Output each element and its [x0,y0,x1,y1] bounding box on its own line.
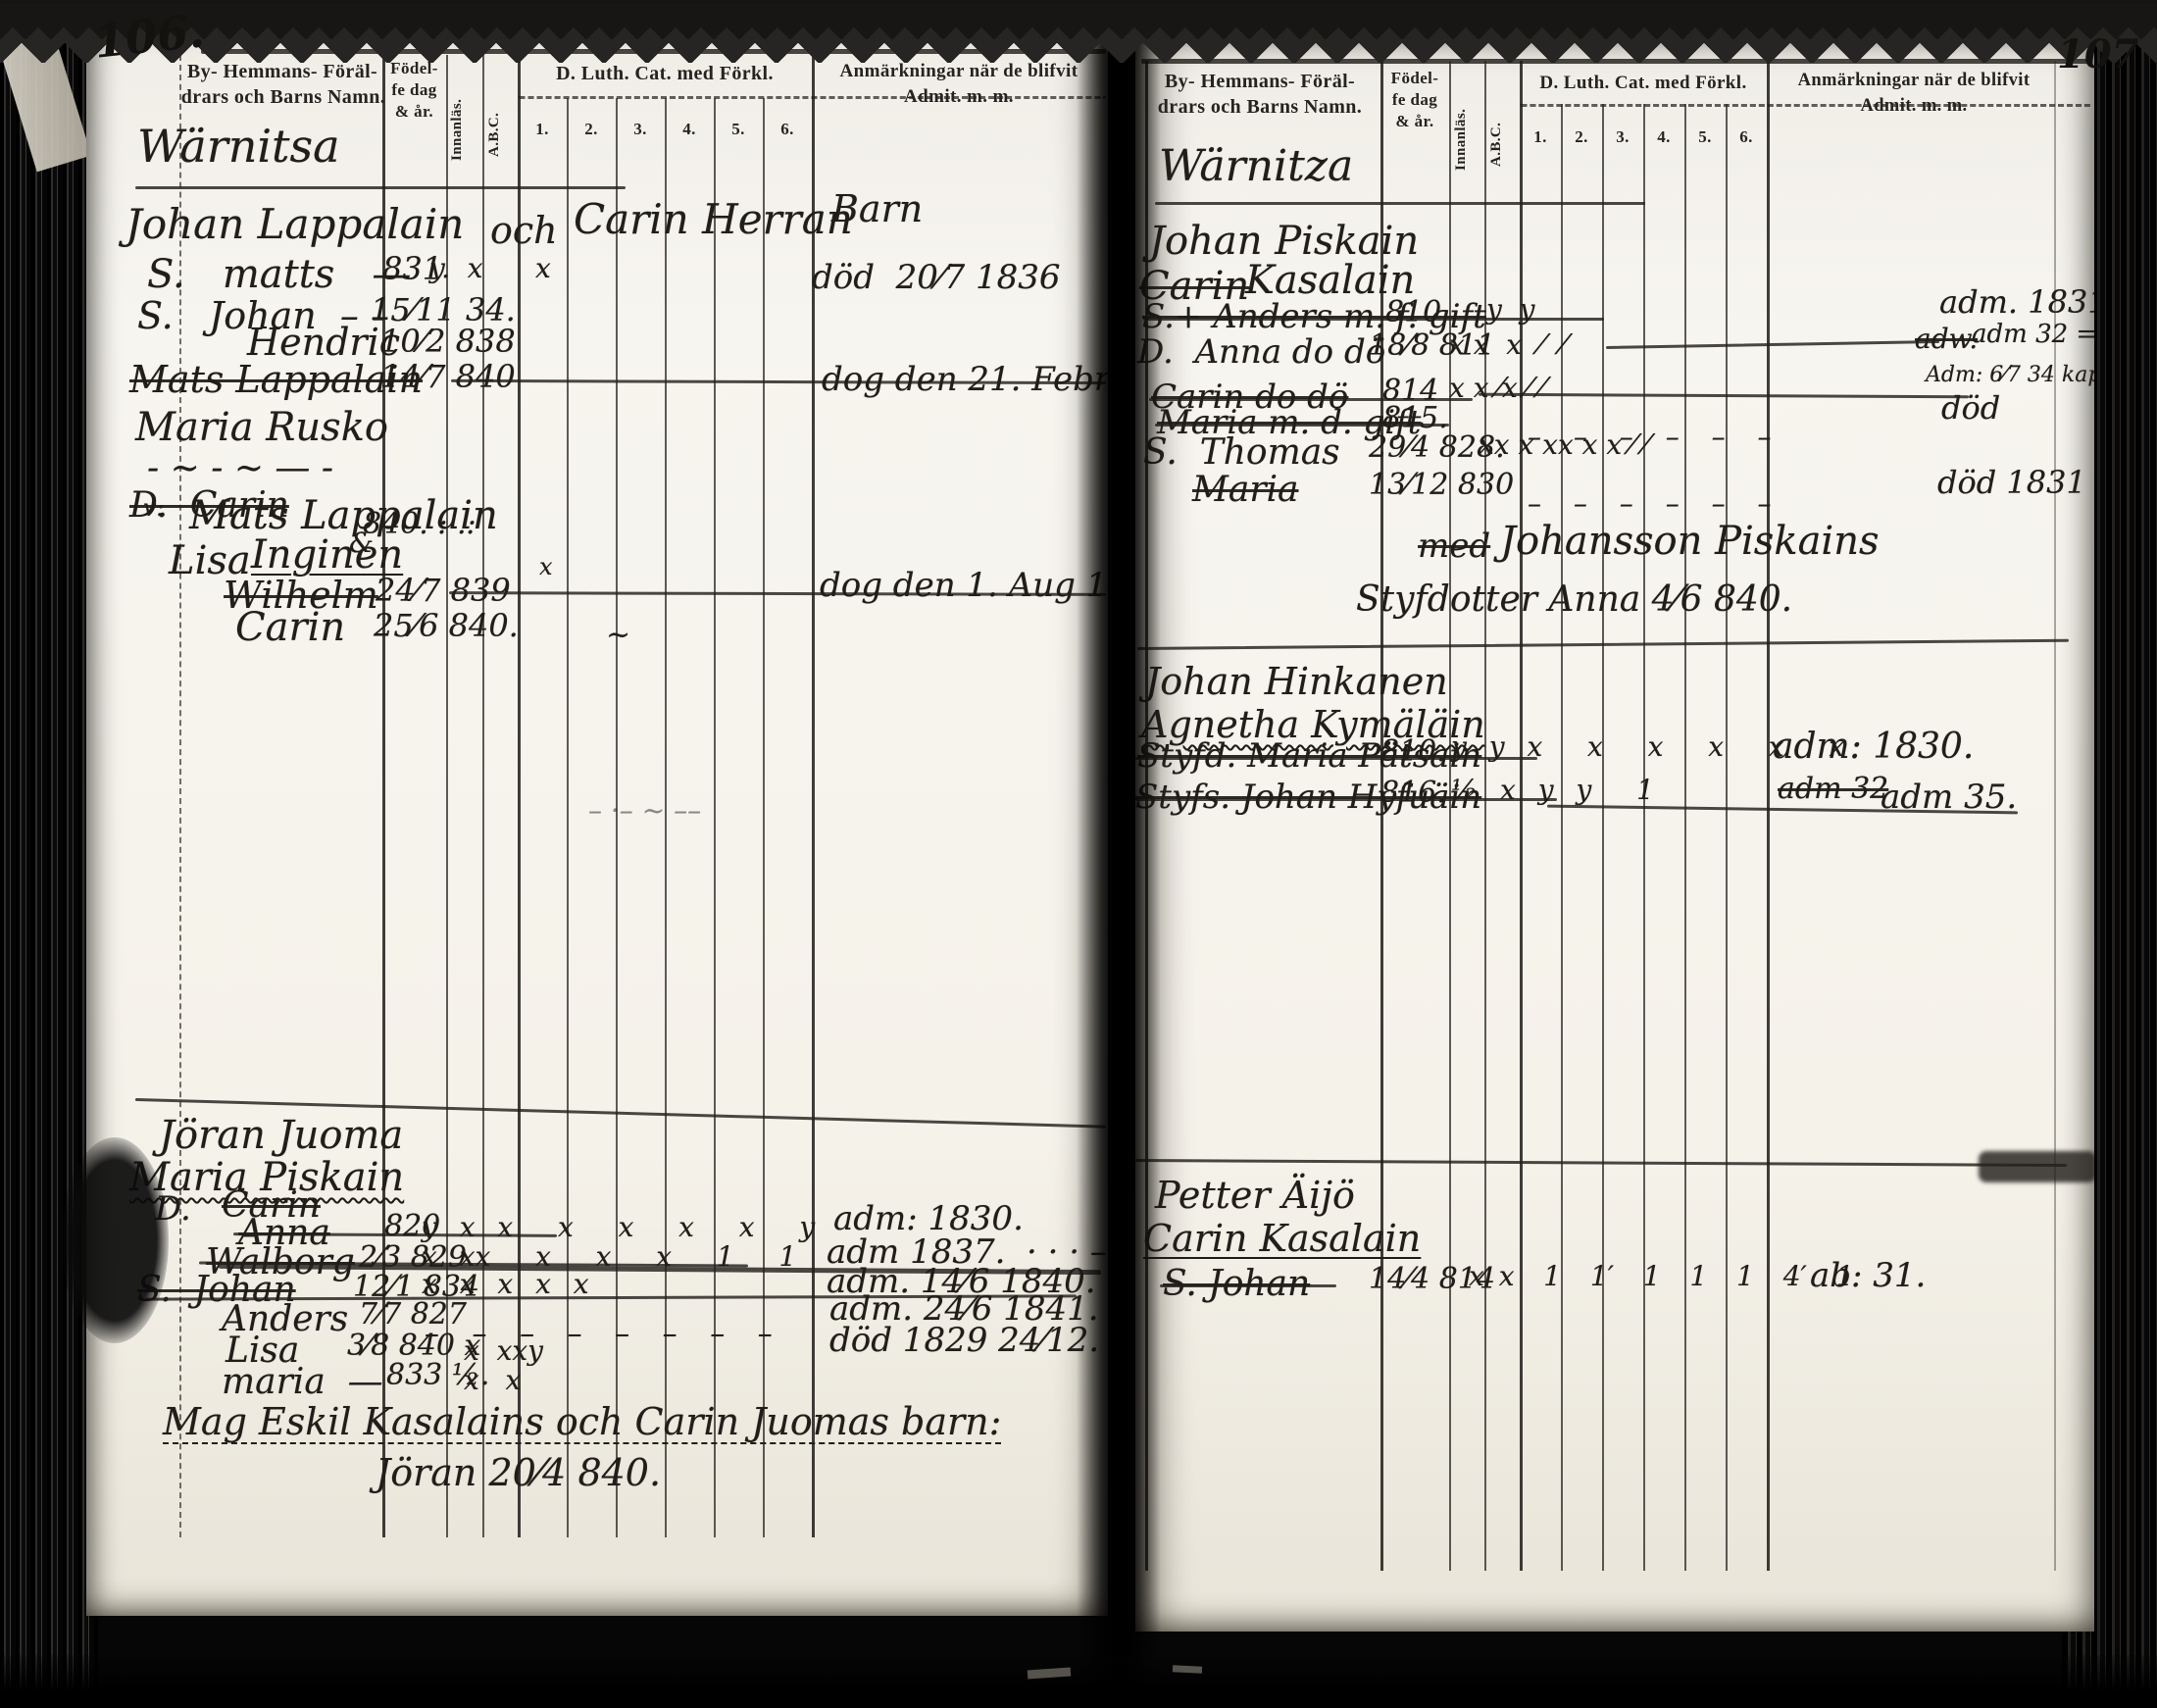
connector-line [1479,393,1969,399]
connector-line [1606,340,1939,349]
entry-remark: adm. 1831. [1939,286,2094,318]
entry-remark: död 1831 4⁄4. [1937,467,2094,498]
entry-husband-name: Johan Piskain [1149,222,1419,261]
entry-remark: död [1941,392,2000,424]
stray-mark: ~ [606,621,630,650]
entry-remark: död 1829 24⁄12. [829,1324,1099,1357]
entry-marks: x x x ⁄ ⁄ [1449,331,1566,359]
column-divider [1602,104,1604,1571]
scan-shadow-blob [61,1137,169,1343]
column-header-birth-2: fe dag [382,80,446,100]
entry-birthdate: 14⁄7 840 [380,361,516,392]
entry-remark-struck: adw. [1915,326,1978,353]
entry-birthdate: 810. [1380,737,1446,767]
column-header-birth-3: & år. [1380,112,1449,131]
entry-remark: dog den 1. Aug 1839. [820,569,1108,602]
column-divider [1643,104,1645,1571]
entry-birthdate: 815. [1382,404,1448,433]
column-divider [1726,104,1728,1571]
entry-remark: ab: 31. [1810,1259,1926,1292]
column-header-remarks-2: Admit. m. m. [1767,96,2061,117]
column-divider [1767,61,1770,1571]
left-page: By- Hemmans- Föräl- drars och Barns Namn… [86,27,1108,1616]
entry-marker: v: [143,496,165,520]
book-gutter [1077,0,1161,1708]
column-header-reading: Innanläs. [1453,69,1470,171]
entry-name: Maria Rusko [135,408,388,447]
entry-remark-struck: adm 32 [1778,775,1888,804]
entry-marks: x x ⁄x ⁄ ⁄ [1449,375,1544,402]
entry-birthdate: 10⁄2 838 [380,326,516,357]
column-header-birth: Födel- [1380,69,1449,88]
entry-marks: y y [1486,296,1534,324]
strike-line [1143,318,1604,321]
entry-birthdate: 24⁄7 839 [376,575,511,606]
cat-col-4: 4. [1646,127,1681,147]
entry-birthdate: 810 [1385,298,1441,327]
cat-col-2: 2. [571,120,612,139]
cat-col-5: 5. [718,120,759,139]
column-header-catechism: D. Luth. Cat. med Förkl. [518,63,812,85]
bottom-note: Mag Eskil Kasalains och Carin Juomas bar… [163,1403,1001,1440]
entry-remark: adm 35. [1881,780,2017,814]
cat-col-2: 2. [1564,127,1599,147]
entry-wife-last: Inginen [251,535,403,575]
column-header-names-2: drars och Barns Namn. [180,86,386,109]
entry-birthdate: 3⁄8 840 x [347,1331,480,1361]
bottom-shadow [0,1655,2157,1708]
entry-remark: Adm: 6⁄7 34 kap: 34 16.13. [1926,365,2094,386]
note-struck: med [1418,529,1490,563]
ink-blot [1979,1151,2094,1182]
strike-line [1160,1284,1336,1287]
column-header-abc: A.B.C. [486,59,503,157]
column-header-names-2: drars och Barns Namn. [1153,96,1367,119]
entry-marks: – – – – – – [1528,490,1772,518]
entry-marks: ½ x y y 1 [1451,777,1654,804]
entry-marks: x x x x x [422,1271,589,1298]
entry-wife-name: Carin Herran [574,199,853,240]
note: Johansson Piskains [1500,522,1880,561]
entry-remark: dog den 21. Febr. 1841. [822,363,1108,396]
column-header-catechism: D. Luth. Cat. med Förkl. [1520,73,1767,94]
column-divider [1484,61,1486,1571]
entry-husband-name: Johan Lappalain [125,204,464,245]
book-binding-left [0,0,98,1708]
column-header-reading: Innanläs. [449,59,466,161]
bottom-note-child: Jöran 20⁄4 840. [376,1454,661,1491]
entry-remark: adm: 1830. [1773,729,1974,765]
cat-col-3: 3. [1605,127,1640,147]
entry-birthdate: 13⁄12 830 [1369,471,1514,500]
entry-husband-name: Johan Hinkanen [1145,663,1448,700]
entry-name: S. matts — [147,255,411,294]
entry-name: Carin [235,608,345,647]
page-number-right: 107 [2057,31,2139,77]
entry-name: Hendric [247,324,400,361]
entry-wife-name: Carin Kasalain [1143,1220,1421,1257]
entry-name-struck: Maria [1192,473,1299,508]
village-heading: Wärnitza [1159,145,1353,188]
column-header-remarks: Anmärkningar när de blifvit [1767,71,2061,91]
column-header-birth-2: fe dag [1380,90,1449,110]
right-page: By- Hemmans- Föräl- drars och Barns Namn… [1135,41,2094,1632]
entry-name: D. Anna do dö [1137,335,1385,369]
village-heading: Wärnitsa [137,124,340,169]
note: Styfdotter Anna 4⁄6 840. [1356,582,1792,618]
entry-och: och [490,212,558,249]
entry-barn: Barn [831,190,923,227]
heading-underline [135,186,626,189]
cat-col-6: 6. [767,120,808,139]
cat-col-4: 4. [669,120,710,139]
entry-marks: x x [464,1367,521,1394]
entry-marks: xx x xx x x ⁄ ⁄ [1479,431,1648,459]
entry-remark: adm 32 = 36 [1972,322,2094,347]
section-divider [1135,1159,2067,1167]
cat-col-1: 1. [1523,127,1558,147]
column-header-remarks-2: Admit. m. m. [812,86,1106,108]
column-divider [1520,61,1523,1571]
entry-remark: död 20⁄7 1836 [812,261,1061,294]
stray-faint-mark: – ·– ~ –– [588,797,701,825]
column-header-abc: A.B.C. [1488,69,1505,167]
entry-name: S. Thomas [1143,435,1340,471]
entry-husband-name: Jöran Juoma [159,1116,403,1155]
entry-marks: y x x x x x x y [422,1214,815,1241]
torn-paper-edge-inner [0,0,2157,39]
cat-col-3: 3. [620,120,661,139]
entry-husband-name: Mats Lappalain [189,496,498,535]
entry-dashes: - ~ - ~ — - [147,451,333,486]
stray-mark: x [539,555,553,578]
entry-name: maria — [222,1365,383,1400]
entry-wife-last: Kasalain [1245,261,1415,300]
column-header-remarks: Anmärkningar när de blifvit [812,61,1106,82]
entry-marks: x x 1 1′ 1 1 1 4′ 1 [1469,1263,1854,1290]
bottom-speck [1173,1665,1202,1674]
cat-col-5: 5. [1687,127,1723,147]
scanned-parish-register: By- Hemmans- Föräl- drars och Barns Namn… [0,0,2157,1708]
column-divider [1684,104,1686,1571]
entry-husband-name: Petter Äijö [1155,1177,1355,1214]
column-header-names: By- Hemmans- Föräl- [184,61,380,83]
cat-col-6: 6. [1729,127,1764,147]
column-header-names: By- Hemmans- Föräl- [1157,71,1363,93]
column-header-birth-3: & år. [382,102,446,122]
column-divider [1561,104,1563,1571]
entry-birthdate: 25⁄6 840. [374,610,519,641]
entry-birthdate: 816. [1380,779,1446,808]
heading-underline [1155,202,1645,205]
entry-name-struck: Mats Lappalain [129,361,423,398]
entry-marks: y. x x [429,255,551,282]
cat-col-1: 1. [522,120,563,139]
entry-remark: adm: 1830. [833,1202,1024,1235]
